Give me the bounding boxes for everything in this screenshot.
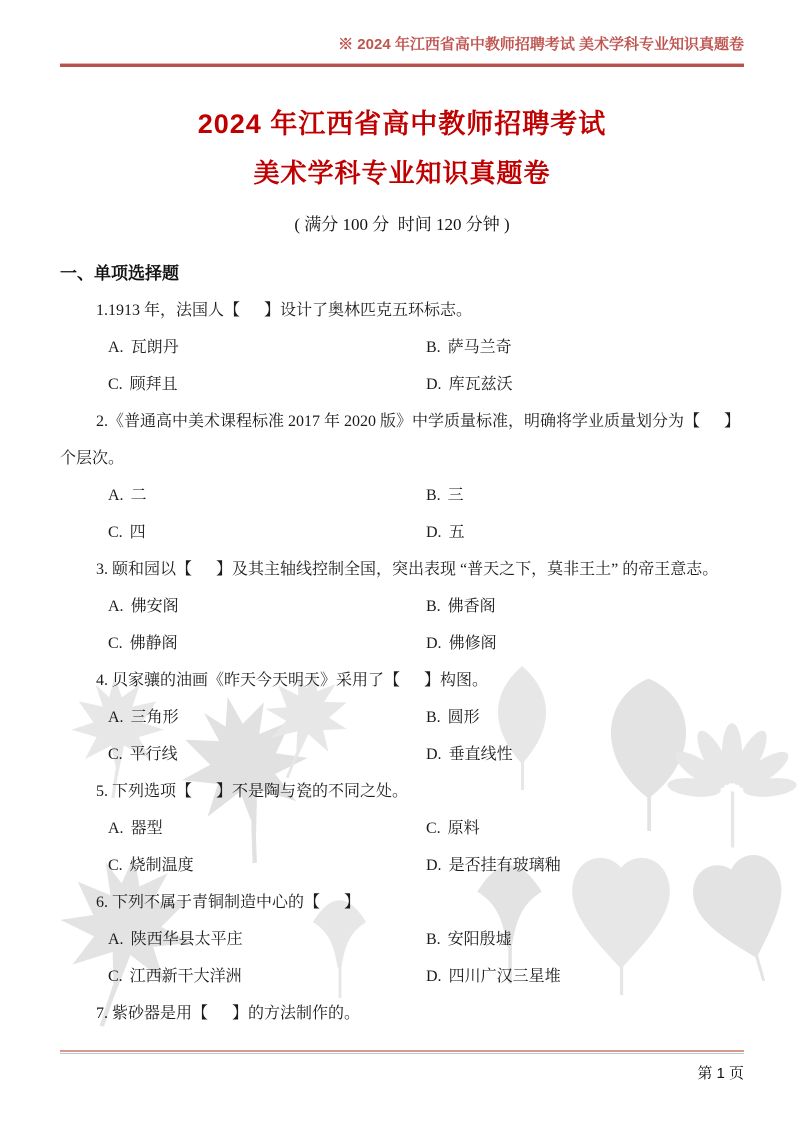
option: A.佛安阁	[108, 588, 426, 625]
option-label: C.	[108, 968, 123, 985]
option-label: A.	[108, 487, 124, 504]
option-text: 顾拜且	[130, 376, 178, 393]
option-label: D.	[426, 857, 442, 874]
footer-rule	[60, 1050, 744, 1054]
option-text: 佛静阁	[130, 635, 178, 652]
option-text: 佛安阁	[131, 598, 179, 615]
option: B.安阳殷墟	[426, 921, 744, 958]
option: D.是否挂有玻璃釉	[426, 847, 744, 884]
option: C.顾拜且	[108, 366, 426, 403]
option-text: 瓦朗丹	[131, 339, 179, 356]
option-label: D.	[426, 376, 442, 393]
header-rule	[60, 63, 744, 67]
option-text: 器型	[131, 820, 163, 837]
option: C.平行线	[108, 736, 426, 773]
option: D.五	[426, 514, 744, 551]
option: A.三角形	[108, 699, 426, 736]
option-text: 平行线	[130, 746, 178, 763]
option-row: A.器型 C.原料	[60, 810, 744, 847]
option-label: C.	[108, 524, 123, 541]
option: D.库瓦兹沃	[426, 366, 744, 403]
option-row: C.佛静阁 D.佛修阁	[60, 625, 744, 662]
option: B.三	[426, 477, 744, 514]
option-text: 三角形	[131, 709, 179, 726]
option-label: A.	[108, 709, 124, 726]
option-label: C.	[108, 857, 123, 874]
option-row: C.四 D.五	[60, 514, 744, 551]
option: D.垂直线性	[426, 736, 744, 773]
option-label: C.	[108, 746, 123, 763]
question-text: 5. 下列选项【 】不是陶与瓷的不同之处。	[60, 773, 744, 810]
option-text: 萨马兰奇	[448, 339, 512, 356]
option-text: 江西新干大洋洲	[130, 968, 242, 985]
option-text: 三	[448, 487, 464, 504]
option-text: 垂直线性	[449, 746, 513, 763]
option: A.陕西华县太平庄	[108, 921, 426, 958]
option-label: B.	[426, 931, 441, 948]
section-heading: 一、单项选择题	[60, 255, 744, 292]
option-row: C.平行线 D.垂直线性	[60, 736, 744, 773]
option-label: A.	[108, 339, 124, 356]
option-row: A.佛安阁 B.佛香阁	[60, 588, 744, 625]
question-3: 3. 颐和园以【 】及其主轴线控制全国，突出表现 “普天之下，莫非王土” 的帝王…	[60, 551, 744, 662]
question-7: 7. 紫砂器是用【 】的方法制作的。	[60, 995, 744, 1032]
option-text: 圆形	[448, 709, 480, 726]
option-label: A.	[108, 931, 124, 948]
option-row: A.陕西华县太平庄 B.安阳殷墟	[60, 921, 744, 958]
option-row: A.二 B.三	[60, 477, 744, 514]
option-row: A.三角形 B.圆形	[60, 699, 744, 736]
option: C.原料	[426, 810, 744, 847]
option-text: 佛香阁	[448, 598, 496, 615]
questions-area: 一、单项选择题 1.1913 年，法国人【 】设计了奥林匹克五环标志。 A.瓦朗…	[60, 255, 744, 1032]
option: C.四	[108, 514, 426, 551]
option-text: 二	[131, 487, 147, 504]
question-4: 4. 贝家骧的油画《昨天今天明天》采用了【 】构图。 A.三角形 B.圆形 C.…	[60, 662, 744, 773]
question-text: 1.1913 年，法国人【 】设计了奥林匹克五环标志。	[60, 292, 744, 329]
option-label: B.	[426, 487, 441, 504]
question-6: 6. 下列不属于青铜制造中心的【 】 A.陕西华县太平庄 B.安阳殷墟 C.江西…	[60, 884, 744, 995]
option-row: C.顾拜且 D.库瓦兹沃	[60, 366, 744, 403]
page-number: 第 1 页	[697, 1063, 744, 1085]
question-text: 2.《普通高中美术课程标准 2017 年 2020 版》中学质量标准，明确将学业…	[60, 403, 744, 440]
option: A.瓦朗丹	[108, 329, 426, 366]
question-text: 4. 贝家骧的油画《昨天今天明天》采用了【 】构图。	[60, 662, 744, 699]
exam-title-line1: 2024 年江西省高中教师招聘考试	[60, 106, 744, 142]
option: B.佛香阁	[426, 588, 744, 625]
option-label: A.	[108, 820, 124, 837]
option-label: D.	[426, 746, 442, 763]
option-label: C.	[108, 635, 123, 652]
option-text: 库瓦兹沃	[449, 376, 513, 393]
option-label: A.	[108, 598, 124, 615]
question-1: 1.1913 年，法国人【 】设计了奥林匹克五环标志。 A.瓦朗丹 B.萨马兰奇…	[60, 292, 744, 403]
option-label: C.	[108, 376, 123, 393]
question-text-continuation: 个层次。	[60, 440, 744, 477]
option: D.佛修阁	[426, 625, 744, 662]
exam-info: ( 满分 100 分 时间 120 分钟 )	[60, 213, 744, 237]
option: C.佛静阁	[108, 625, 426, 662]
option-row: A.瓦朗丹 B.萨马兰奇	[60, 329, 744, 366]
option-label: D.	[426, 524, 442, 541]
option: B.萨马兰奇	[426, 329, 744, 366]
option-row: C.烧制温度 D.是否挂有玻璃釉	[60, 847, 744, 884]
question-text: 7. 紫砂器是用【 】的方法制作的。	[60, 995, 744, 1032]
option-text: 五	[449, 524, 465, 541]
option: A.器型	[108, 810, 426, 847]
question-text: 3. 颐和园以【 】及其主轴线控制全国，突出表现 “普天之下，莫非王土” 的帝王…	[60, 551, 744, 588]
option-text: 佛修阁	[449, 635, 497, 652]
option: C.烧制温度	[108, 847, 426, 884]
question-5: 5. 下列选项【 】不是陶与瓷的不同之处。 A.器型 C.原料 C.烧制温度 D…	[60, 773, 744, 884]
option-label: C.	[426, 820, 441, 837]
option-label: D.	[426, 635, 442, 652]
question-text: 6. 下列不属于青铜制造中心的【 】	[60, 884, 744, 921]
page-content: ※ 2024 年江西省高中教师招聘考试 美术学科专业知识真题卷 2024 年江西…	[0, 0, 800, 1032]
option-text: 陕西华县太平庄	[131, 931, 243, 948]
option-row: C.江西新干大洋洲 D.四川广汉三星堆	[60, 958, 744, 995]
option: C.江西新干大洋洲	[108, 958, 426, 995]
exam-title-line2: 美术学科专业知识真题卷	[60, 155, 744, 191]
option-text: 四川广汉三星堆	[449, 968, 561, 985]
option-label: B.	[426, 339, 441, 356]
option: A.二	[108, 477, 426, 514]
option-text: 四	[130, 524, 146, 541]
option-text: 安阳殷墟	[448, 931, 512, 948]
exam-paper-page: ※ 2024 年江西省高中教师招聘考试 美术学科专业知识真题卷 2024 年江西…	[0, 0, 800, 1125]
option: B.圆形	[426, 699, 744, 736]
option: D.四川广汉三星堆	[426, 958, 744, 995]
option-label: B.	[426, 598, 441, 615]
page-header: ※ 2024 年江西省高中教师招聘考试 美术学科专业知识真题卷	[60, 0, 744, 54]
option-text: 是否挂有玻璃釉	[449, 857, 561, 874]
question-2: 2.《普通高中美术课程标准 2017 年 2020 版》中学质量标准，明确将学业…	[60, 403, 744, 551]
option-text: 原料	[448, 820, 480, 837]
option-label: D.	[426, 968, 442, 985]
option-text: 烧制温度	[130, 857, 194, 874]
option-label: B.	[426, 709, 441, 726]
